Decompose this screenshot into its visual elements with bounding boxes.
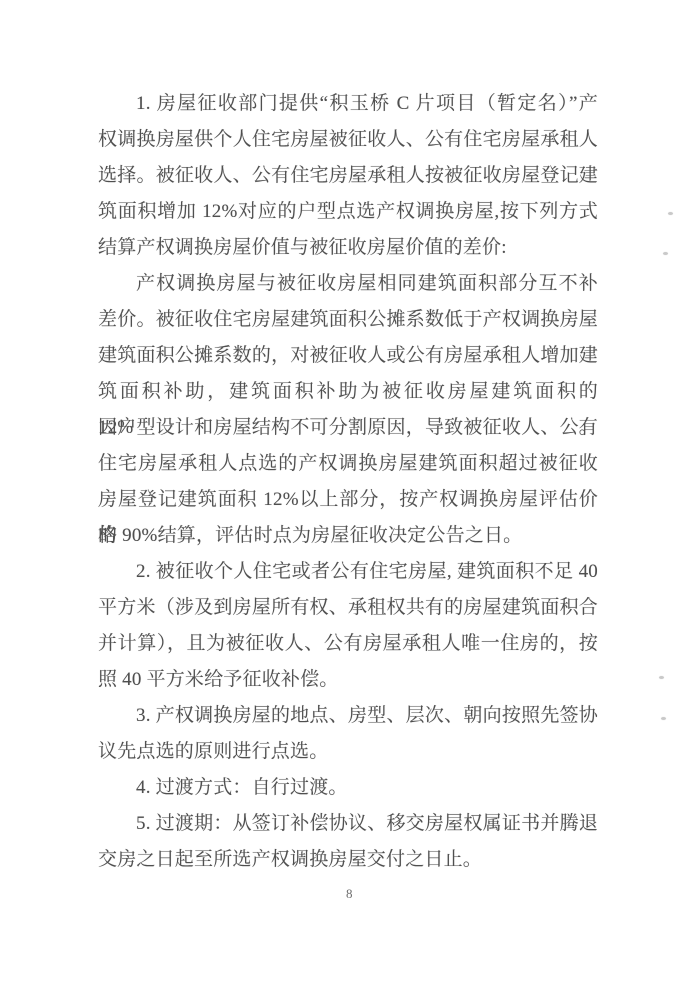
page-number: 8 xyxy=(0,886,699,902)
text-line-8: 建筑面积公摊系数的，对被征收人或公有房屋承租人增加建 xyxy=(98,338,598,374)
text-line-14: 2. 被征收个人住宅或者公有住宅房屋, 建筑面积不足 40 xyxy=(98,554,598,590)
text-line-16: 并计算），且为被征收人、公有房屋承租人唯一住房的，按 xyxy=(98,626,598,662)
text-line-13: 的 90%结算，评估时点为房屋征收决定公告之日。 xyxy=(98,518,598,554)
scan-speck-2 xyxy=(663,252,668,255)
scan-speck-3 xyxy=(659,676,664,679)
text-line-4: 筑面积增加 12%对应的户型点选产权调换房屋,按下列方式 xyxy=(98,194,598,230)
document-page: 1. 房屋征收部门提供“积玉桥 C 片项目（暂定名）”产权调换房屋供个人住宅房屋… xyxy=(0,0,699,990)
text-line-3: 选择。被征收人、公有住宅房屋承租人按被征收房屋登记建 xyxy=(98,158,598,194)
text-line-7: 差价。被征收住宅房屋建筑面积公摊系数低于产权调换房屋 xyxy=(98,302,598,338)
text-line-10: 因户型设计和房屋结构不可分割原因，导致被征收人、公有 xyxy=(98,410,598,446)
scan-speck-1 xyxy=(668,212,673,215)
text-line-18: 3. 产权调换房屋的地点、房型、层次、朝向按照先签协 xyxy=(98,698,598,734)
scan-speck-4 xyxy=(661,717,666,720)
text-line-12: 房屋登记建筑面积 12%以上部分，按产权调换房屋评估价格 xyxy=(98,482,598,518)
document-text-block: 1. 房屋征收部门提供“积玉桥 C 片项目（暂定名）”产权调换房屋供个人住宅房屋… xyxy=(98,86,598,878)
text-line-5: 结算产权调换房屋价值与被征收房屋价值的差价: xyxy=(98,230,598,266)
text-line-9: 筑面积补助，建筑面积补助为被征收房屋建筑面积的 12%。 xyxy=(98,374,598,410)
text-line-6: 产权调换房屋与被征收房屋相同建筑面积部分互不补 xyxy=(98,266,598,302)
text-line-20: 4. 过渡方式：自行过渡。 xyxy=(98,770,598,806)
text-line-1: 1. 房屋征收部门提供“积玉桥 C 片项目（暂定名）”产 xyxy=(98,86,598,122)
text-line-11: 住宅房屋承租人点选的产权调换房屋建筑面积超过被征收 xyxy=(98,446,598,482)
text-line-15: 平方米（涉及到房屋所有权、承租权共有的房屋建筑面积合 xyxy=(98,590,598,626)
text-line-21: 5. 过渡期：从签订补偿协议、移交房屋权属证书并腾退 xyxy=(98,806,598,842)
text-line-17: 照 40 平方米给予征收补偿。 xyxy=(98,662,598,698)
text-line-2: 权调换房屋供个人住宅房屋被征收人、公有住宅房屋承租人 xyxy=(98,122,598,158)
text-line-19: 议先点选的原则进行点选。 xyxy=(98,734,598,770)
text-line-22: 交房之日起至所选产权调换房屋交付之日止。 xyxy=(98,842,598,878)
